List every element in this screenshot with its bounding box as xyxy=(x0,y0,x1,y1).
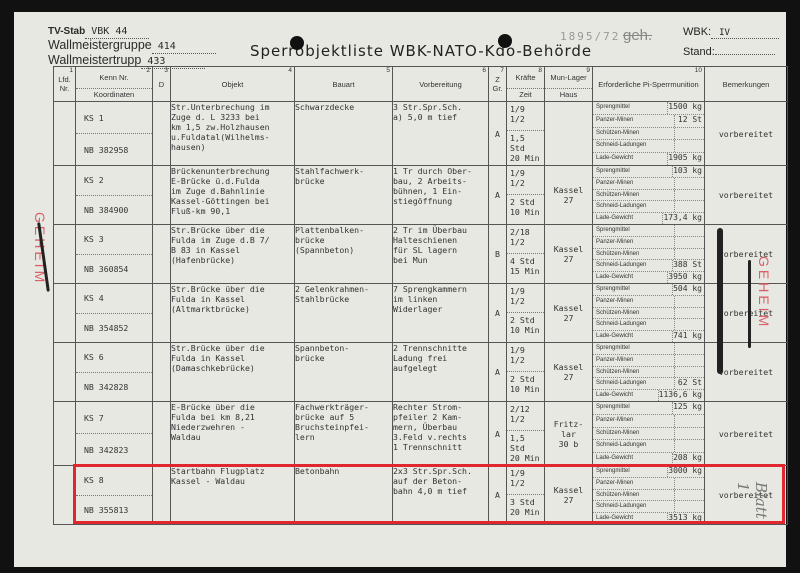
highlight-box xyxy=(73,464,785,524)
munition-quantity xyxy=(675,178,704,189)
cell-vorbereitung: 2 Tr im Überbau Halteschienen für SL lag… xyxy=(393,225,489,284)
classification-stamp: geh. xyxy=(623,27,652,44)
munition-label: Schneid-Ladungen xyxy=(593,319,675,330)
cell-munition: SprengmittelPanzer-MinenSchützen-MinenSc… xyxy=(593,225,705,284)
kraefte: 2/12 1/2 xyxy=(507,402,544,431)
munition-quantity: 741 kg xyxy=(673,331,704,342)
kenn-nr: KS 3 xyxy=(76,225,152,255)
munition-label: Panzer-Minen xyxy=(593,115,675,127)
kenn-nr: KS 4 xyxy=(76,284,152,314)
koordinaten: NB 384900 xyxy=(76,196,152,225)
cell-objekt: Str.Brücke über die Fulda in Kassel (Alt… xyxy=(171,284,295,343)
cell-lfd xyxy=(54,225,76,284)
cell-z: B xyxy=(489,225,507,284)
cell-munition: Sprengmittel125 kgPanzer-MinenSchützen-M… xyxy=(593,402,705,466)
munition-label: Sprengmittel xyxy=(593,102,668,114)
troop-label: Wallmeistertrupp xyxy=(48,53,141,67)
table-row: KS 7NB 342823E-Brücke über die Fulda bei… xyxy=(54,402,788,466)
munition-quantity xyxy=(675,190,704,201)
cell-kenn: KS 4NB 354852 xyxy=(76,284,153,343)
kenn-nr: KS 6 xyxy=(76,343,152,373)
cell-lfd xyxy=(54,284,76,343)
munition-label: Lade-Gewicht xyxy=(593,331,673,342)
munition-label: Schneid-Ladungen xyxy=(593,440,675,452)
col-header-kenn: 2Kenn Nr.Koordinaten xyxy=(76,67,153,102)
col-header-vorbereitung: 6Vorbereitung xyxy=(393,67,489,102)
cell-munition: Sprengmittel1500 kgPanzer-Minen12 StSchü… xyxy=(593,102,705,166)
munition-list: Sprengmittel1500 kgPanzer-Minen12 StSchü… xyxy=(593,102,704,165)
munition-label: Schneid-Ladungen xyxy=(593,140,675,152)
cell-d xyxy=(153,102,171,166)
munition-quantity xyxy=(675,308,704,319)
munition-label: Sprengmittel xyxy=(593,343,675,354)
munition-quantity: 1500 kg xyxy=(668,102,704,114)
munition-list: Sprengmittel125 kgPanzer-MinenSchützen-M… xyxy=(593,402,704,465)
munition-label: Lade-Gewicht xyxy=(593,153,668,165)
cell-d xyxy=(153,343,171,402)
punch-hole-icon xyxy=(290,36,304,50)
cell-lfd xyxy=(54,402,76,466)
kraefte: 1/9 1/2 xyxy=(507,284,544,313)
munition-label: Sprengmittel xyxy=(593,225,675,236)
munition-quantity xyxy=(675,440,704,452)
munition-quantity xyxy=(675,319,704,330)
zeit: 1,5 Std 20 Min xyxy=(507,431,544,465)
zeit: 2 Std 10 Min xyxy=(507,195,544,219)
munition-label: Lade-Gewicht xyxy=(593,390,659,401)
munition-quantity xyxy=(675,128,704,140)
munition-label: Panzer-Minen xyxy=(593,178,675,189)
cell-bauart: Fachwerkträger- brücke auf 5 Bruchsteinp… xyxy=(295,402,393,466)
cell-d xyxy=(153,166,171,225)
munition-label: Sprengmittel xyxy=(593,166,673,177)
cell-z: A xyxy=(489,166,507,225)
col-header-objekt: 4Objekt xyxy=(171,67,295,102)
munition-quantity: 504 kg xyxy=(673,284,704,295)
koordinaten: NB 382958 xyxy=(76,134,152,165)
cell-objekt: Str.Brücke über die Fulda in Kassel (Dam… xyxy=(171,343,295,402)
cell-kraefte: 2/18 1/24 Std 15 Min xyxy=(507,225,545,284)
kraefte: 1/9 1/2 xyxy=(507,166,544,195)
munition-label: Lade-Gewicht xyxy=(593,272,668,283)
cell-lfd xyxy=(54,102,76,166)
kenn-nr: KS 7 xyxy=(76,402,152,434)
col-header-d: 3D xyxy=(153,67,171,102)
cell-d xyxy=(153,284,171,343)
cell-bauart: Plattenbalken- brücke (Spannbeton) xyxy=(295,225,393,284)
munition-quantity: 1136,6 kg xyxy=(659,390,704,401)
cell-bemerkung: vorbereitet xyxy=(705,166,788,225)
unit-label: TV-Stab xyxy=(48,26,85,37)
cell-kenn: KS 7NB 342823 xyxy=(76,402,153,466)
munition-quantity: 173,4 kg xyxy=(663,213,704,224)
zeit: 2 Std 10 Min xyxy=(507,313,544,337)
cell-vorbereitung: Rechter Strom- pfeiler 2 Kam- mern, Über… xyxy=(393,402,489,466)
wbk-value: IV xyxy=(711,28,779,39)
munition-quantity xyxy=(675,415,704,427)
munition-quantity: 62 St xyxy=(675,378,704,389)
munition-quantity: 125 kg xyxy=(673,402,704,414)
cell-bemerkung: vorbereitet xyxy=(705,102,788,166)
cell-munlager: Kassel 27 xyxy=(545,284,593,343)
cell-kraefte: 1/9 1/21,5 Std 20 Min xyxy=(507,102,545,166)
cell-objekt: Str.Unterbrechung im Zuge d. L 3233 bei … xyxy=(171,102,295,166)
cell-z: A xyxy=(489,343,507,402)
munition-label: Schützen-Minen xyxy=(593,308,675,319)
cell-z: A xyxy=(489,284,507,343)
munition-label: Schneid-Ladungen xyxy=(593,378,675,389)
cell-vorbereitung: 1 Tr durch Ober- bau, 2 Arbeits- bühnen,… xyxy=(393,166,489,225)
geheim-stamp: GEHEIM xyxy=(756,256,772,329)
stand-field: Stand: xyxy=(683,46,775,58)
munition-quantity xyxy=(675,355,704,366)
munition-list: Sprengmittel504 kgPanzer-MinenSchützen-M… xyxy=(593,284,704,342)
munition-list: SprengmittelPanzer-MinenSchützen-MinenSc… xyxy=(593,343,704,401)
koordinaten: NB 342828 xyxy=(76,373,152,402)
col-header-bemerkungen: Bemerkungen xyxy=(705,67,788,102)
col-header-bauart: 5Bauart xyxy=(295,67,393,102)
cell-kraefte: 1/9 1/22 Std 10 Min xyxy=(507,343,545,402)
col-header-lfd: 1Lfd. Nr. xyxy=(54,67,76,102)
munition-label: Schneid-Ladungen xyxy=(593,201,675,212)
col-header-munition: 10Erforderliche Pi-Sperrmunition xyxy=(593,67,705,102)
kraefte: 1/9 1/2 xyxy=(507,343,544,372)
wbk-field: WBK:IV xyxy=(683,26,779,39)
group-value: 414 xyxy=(152,40,216,54)
zeit: 2 Std 10 Min xyxy=(507,372,544,396)
stand-value xyxy=(715,54,775,55)
kenn-nr: KS 1 xyxy=(76,102,152,134)
munition-quantity xyxy=(675,140,704,152)
munition-quantity xyxy=(675,201,704,212)
cell-d xyxy=(153,225,171,284)
munition-quantity xyxy=(675,296,704,307)
cell-kenn: KS 1NB 382958 xyxy=(76,102,153,166)
pen-strike-mark xyxy=(717,228,723,374)
munition-label: Schützen-Minen xyxy=(593,249,675,260)
munition-quantity xyxy=(675,367,704,378)
unit-value: VBK 44 xyxy=(85,25,149,39)
pen-strike-mark xyxy=(748,260,751,348)
table-row: KS 4NB 354852Str.Brücke über die Fulda i… xyxy=(54,284,788,343)
cell-kraefte: 1/9 1/22 Std 10 Min xyxy=(507,166,545,225)
cell-objekt: Str.Brücke über die Fulda im Zuge d.B 7/… xyxy=(171,225,295,284)
cell-munlager: Kassel 27 xyxy=(545,343,593,402)
obstacle-table: 1Lfd. Nr. 2Kenn Nr.Koordinaten 3D 4Objek… xyxy=(53,66,788,525)
munition-quantity: 388 St xyxy=(673,260,704,271)
munition-label: Sprengmittel xyxy=(593,284,673,295)
munition-quantity xyxy=(675,225,704,236)
cell-munlager: Kassel 27 xyxy=(545,225,593,284)
zeit: 1,5 Std 20 Min xyxy=(507,131,544,165)
table-row: KS 6NB 342828Str.Brücke über die Fulda i… xyxy=(54,343,788,402)
munition-list: Sprengmittel103 kgPanzer-MinenSchützen-M… xyxy=(593,166,704,224)
cell-kraefte: 2/12 1/21,5 Std 20 Min xyxy=(507,402,545,466)
cell-bauart: 2 Gelenkrahmen- Stahlbrücke xyxy=(295,284,393,343)
munition-label: Panzer-Minen xyxy=(593,415,675,427)
munition-quantity xyxy=(675,249,704,260)
cell-z: A xyxy=(489,402,507,466)
koordinaten: NB 342823 xyxy=(76,434,152,465)
cell-d xyxy=(153,402,171,466)
cell-munition: Sprengmittel103 kgPanzer-MinenSchützen-M… xyxy=(593,166,705,225)
punch-hole-icon xyxy=(498,34,512,48)
munition-label: Schützen-Minen xyxy=(593,128,675,140)
cell-munlager: Kassel 27 xyxy=(545,166,593,225)
munition-list: SprengmittelPanzer-MinenSchützen-MinenSc… xyxy=(593,225,704,283)
munition-label: Panzer-Minen xyxy=(593,355,675,366)
table-header-row: 1Lfd. Nr. 2Kenn Nr.Koordinaten 3D 4Objek… xyxy=(54,67,788,102)
cell-objekt: E-Brücke über die Fulda bei km 8,21 Nied… xyxy=(171,402,295,466)
kraefte: 2/18 1/2 xyxy=(507,225,544,254)
cell-kenn: KS 6NB 342828 xyxy=(76,343,153,402)
reference-stamp: 1895/72 xyxy=(560,30,620,43)
munition-label: Schützen-Minen xyxy=(593,190,675,201)
cell-vorbereitung: 2 Trennschnitte Ladung frei aufgelegt xyxy=(393,343,489,402)
munition-quantity: 12 St xyxy=(675,115,704,127)
cell-kenn: KS 2NB 384900 xyxy=(76,166,153,225)
kenn-nr: KS 2 xyxy=(76,166,152,196)
col-header-kraefte: 8KräfteZeit xyxy=(507,67,545,102)
koordinaten: NB 360854 xyxy=(76,255,152,284)
munition-label: Schützen-Minen xyxy=(593,367,675,378)
koordinaten: NB 354852 xyxy=(76,314,152,343)
zeit: 4 Std 15 Min xyxy=(507,254,544,278)
table-row: KS 3NB 360854Str.Brücke über die Fulda i… xyxy=(54,225,788,284)
kraefte: 1/9 1/2 xyxy=(507,102,544,131)
munition-label: Panzer-Minen xyxy=(593,296,675,307)
cell-bauart: Stahlfachwerk- brücke xyxy=(295,166,393,225)
munition-label: Lade-Gewicht xyxy=(593,213,663,224)
munition-quantity: 1905 kg xyxy=(668,153,704,165)
cell-kenn: KS 3NB 360854 xyxy=(76,225,153,284)
cell-lfd xyxy=(54,343,76,402)
cell-objekt: Brückenunterbrechung E-Brücke ü.d.Fulda … xyxy=(171,166,295,225)
munition-quantity xyxy=(675,428,704,440)
stand-label: Stand: xyxy=(683,46,715,58)
cell-munition: SprengmittelPanzer-MinenSchützen-MinenSc… xyxy=(593,343,705,402)
cell-lfd xyxy=(54,166,76,225)
munition-label: Panzer-Minen xyxy=(593,237,675,248)
cell-munlager: Fritz- lar 30 b xyxy=(545,402,593,466)
munition-quantity: 103 kg xyxy=(673,166,704,177)
munition-label: Sprengmittel xyxy=(593,402,673,414)
cell-z: A xyxy=(489,102,507,166)
cell-bauart: Schwarzdecke xyxy=(295,102,393,166)
table-row: KS 1NB 382958Str.Unterbrechung im Zuge d… xyxy=(54,102,788,166)
cell-munition: Sprengmittel504 kgPanzer-MinenSchützen-M… xyxy=(593,284,705,343)
cell-munlager xyxy=(545,102,593,166)
header-unit-block: TV-StabVBK 44 Wallmeistergruppe414 Wallm… xyxy=(48,24,216,69)
cell-vorbereitung: 7 Sprengkammern im linken Widerlager xyxy=(393,284,489,343)
cell-bauart: Spannbeton- brücke xyxy=(295,343,393,402)
munition-quantity: 3950 kg xyxy=(668,272,704,283)
munition-label: Schützen-Minen xyxy=(593,428,675,440)
table-row: KS 2NB 384900Brückenunterbrechung E-Brüc… xyxy=(54,166,788,225)
munition-quantity xyxy=(675,343,704,354)
group-label: Wallmeistergruppe xyxy=(48,38,152,52)
wbk-label: WBK: xyxy=(683,26,711,38)
munition-label: Schneid-Ladungen xyxy=(593,260,673,271)
cell-kraefte: 1/9 1/22 Std 10 Min xyxy=(507,284,545,343)
cell-bemerkung: vorbereitet xyxy=(705,402,788,466)
munition-quantity xyxy=(675,237,704,248)
col-header-zgr: 7ZGr. xyxy=(489,67,507,102)
cell-vorbereitung: 3 Str.Spr.Sch. a) 5,0 m tief xyxy=(393,102,489,166)
col-header-munlager: 9Mun-LagerHaus xyxy=(545,67,593,102)
